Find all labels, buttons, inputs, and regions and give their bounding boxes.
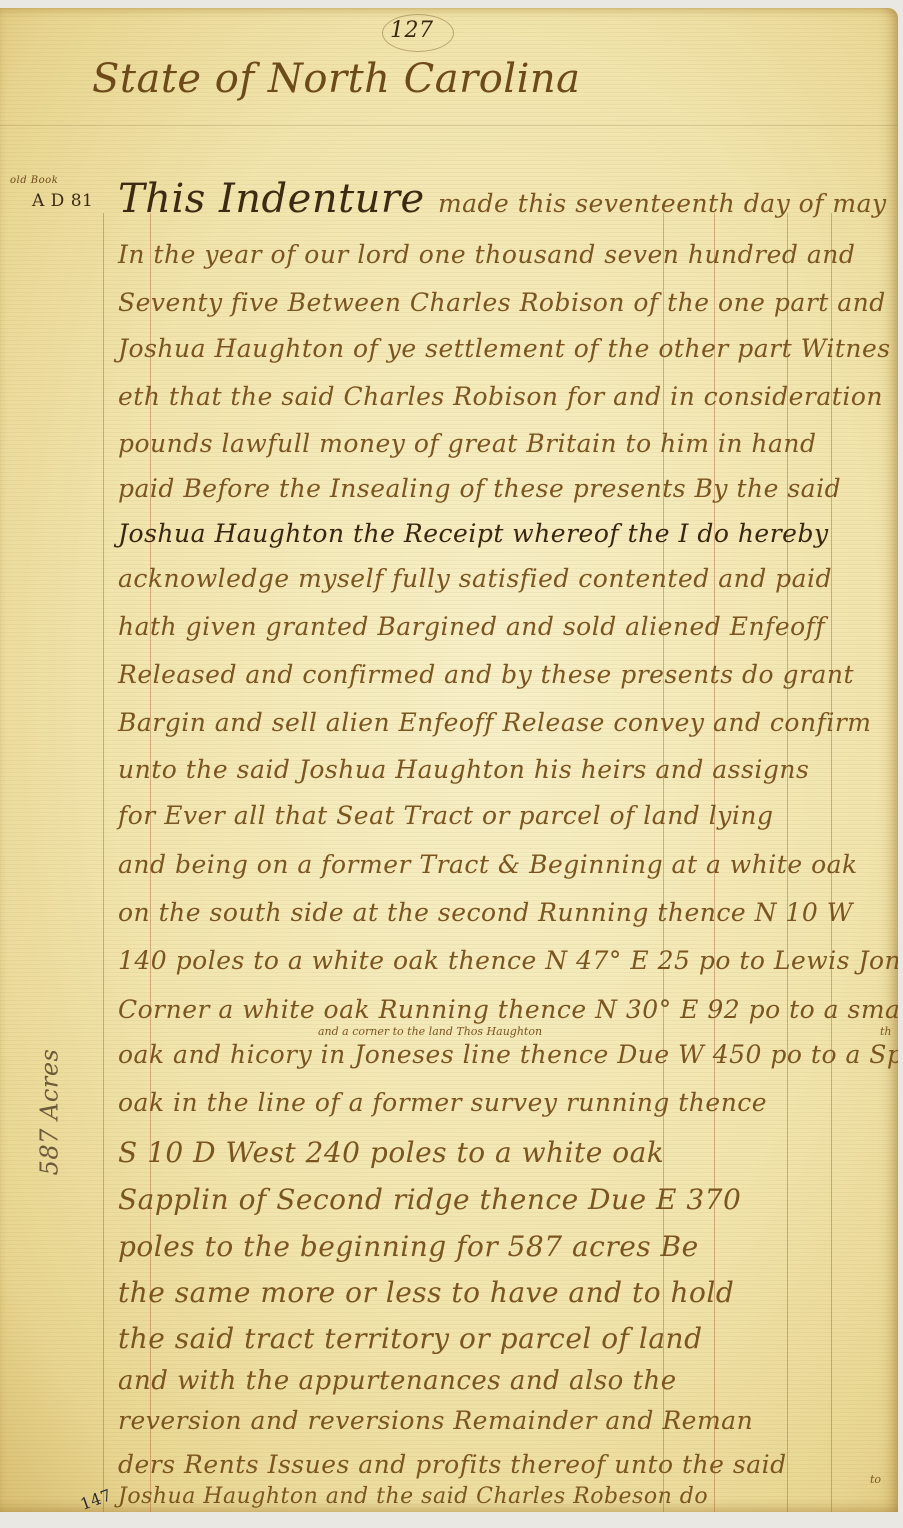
- deed-line: Joshua Haughton and the said Charles Rob…: [118, 1484, 708, 1509]
- margin-reference-label: old Book: [10, 175, 58, 186]
- deed-line: 140 poles to a white oak thence N 47° E …: [118, 946, 898, 975]
- deed-line: oak in the line of a former survey runni…: [118, 1088, 767, 1117]
- deed-line: Released and confirmed and by these pres…: [118, 660, 854, 689]
- deed-line: Seventy five Between Charles Robison of …: [118, 288, 886, 317]
- deed-line: Joshua Haughton of ye settlement of the …: [118, 334, 891, 363]
- deed-line: reversion and reversions Remainder and R…: [118, 1406, 753, 1435]
- deed-line: oak and hicory in Joneses line thence Du…: [118, 1040, 898, 1069]
- deed-line: the said tract territory or parcel of la…: [118, 1322, 703, 1355]
- deed-line: Sapplin of Second ridge thence Due E 370: [118, 1183, 741, 1216]
- deed-line: Joshua Haughton the Receipt whereof the …: [118, 519, 829, 548]
- deed-line: In the year of our lord one thousand sev…: [118, 240, 855, 269]
- deed-line: and being on a former Tract & Beginning …: [118, 850, 858, 879]
- deed-superscript: th: [880, 1025, 892, 1038]
- deed-line: acknowledge myself fully satisfied conte…: [118, 564, 832, 593]
- deed-line: for Ever all that Seat Tract or parcel o…: [118, 801, 773, 830]
- manuscript-page: 127 State of North Carolina old Book A D…: [0, 8, 898, 1512]
- header-rule-line: [0, 125, 898, 126]
- deed-line: pounds lawfull money of great Britain to…: [118, 429, 817, 458]
- deed-line: on the south side at the second Running …: [118, 898, 853, 927]
- margin-rule-line: [103, 213, 104, 1512]
- deed-line: eth that the said Charles Robison for an…: [118, 382, 883, 411]
- deed-line: poles to the beginning for 587 acres Be: [118, 1230, 699, 1263]
- margin-folio-number: 147: [78, 1485, 115, 1512]
- deed-line: S 10 D West 240 poles to a white oak: [118, 1136, 664, 1169]
- page-heading: State of North Carolina: [92, 56, 581, 102]
- deed-line: and with the appurtenances and also the: [118, 1366, 677, 1396]
- deed-line: the same more or less to have and to hol…: [118, 1276, 734, 1309]
- deed-line: hath given granted Bargined and sold ali…: [118, 612, 825, 641]
- page-number: 127: [390, 18, 434, 43]
- document-frame: 127 State of North Carolina old Book A D…: [0, 0, 903, 1528]
- deed-opening-rest: made this seventeenth day of may: [438, 189, 887, 218]
- deed-opening-line: This Indenture made this seventeenth day…: [118, 176, 887, 222]
- margin-reference-value: A D 81: [32, 191, 93, 211]
- deed-line: unto the said Joshua Haughton his heirs …: [118, 755, 809, 784]
- deed-superscript: to: [870, 1473, 881, 1486]
- deed-line: Bargin and sell alien Enfeoff Release co…: [118, 708, 871, 737]
- deed-line: paid Before the Insealing of these prese…: [118, 474, 841, 503]
- deed-line: Corner a white oak Running thence N 30° …: [118, 995, 898, 1024]
- margin-acreage-note: 587 Acres: [35, 1049, 63, 1176]
- deed-interlineation: and a corner to the land Thos Haughton: [318, 1025, 542, 1038]
- deed-opening-word: This Indenture: [118, 176, 425, 222]
- deed-line: ders Rents Issues and profits thereof un…: [118, 1450, 787, 1479]
